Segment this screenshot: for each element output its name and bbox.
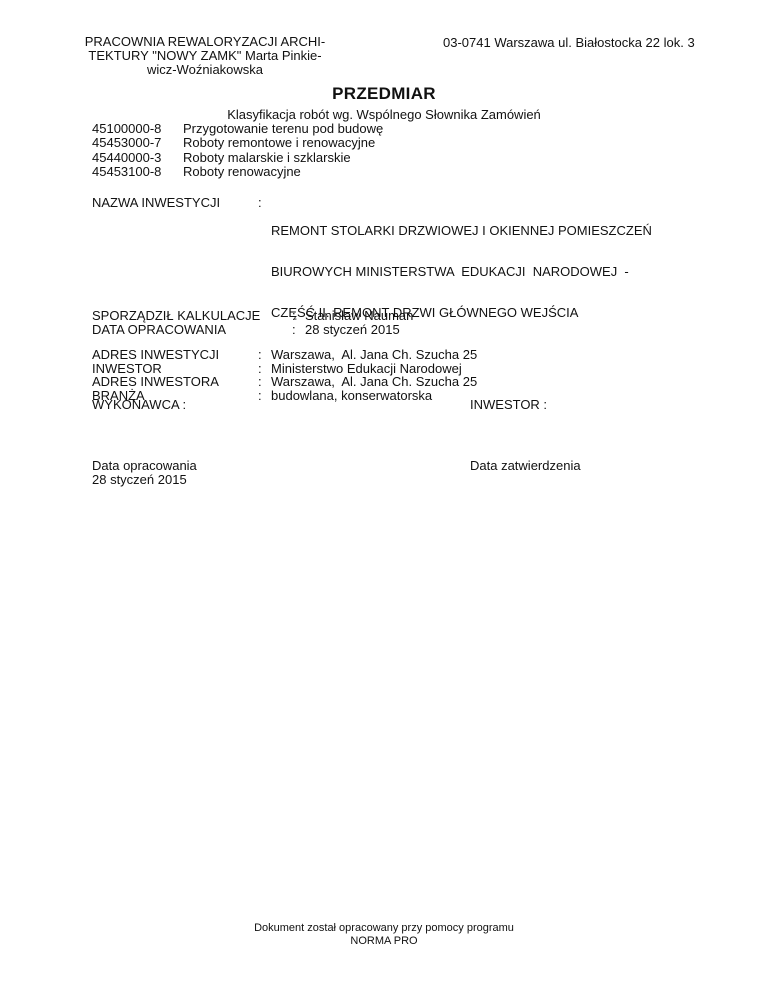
detail-value: Ministerstwo Edukacji Narodowej <box>271 362 462 376</box>
prepared-value: 28 styczeń 2015 <box>305 323 400 337</box>
detail-separator: : <box>258 362 271 376</box>
date-of-preparation-block: Data opracowania 28 styczeń 2015 <box>92 459 197 487</box>
prepared-separator: : <box>292 309 305 323</box>
footer-program-name: NORMA PRO <box>0 935 768 948</box>
prepared-row-sporzadzil: SPORZĄDZIŁ KALKULACJE : Stanisław Nauman <box>92 309 712 323</box>
date-of-approval-label: Data zatwierdzenia <box>470 459 581 473</box>
footer: Dokument został opracowany przy pomocy p… <box>0 922 768 947</box>
classification-item: 45453000-7 Roboty remontowe i renowacyjn… <box>92 136 383 150</box>
detail-row-adres-inwestora: ADRES INWESTORA : Warszawa, Al. Jana Ch.… <box>92 375 712 389</box>
cpv-label: Roboty remontowe i renowacyjne <box>183 136 375 150</box>
detail-separator: : <box>258 389 271 403</box>
cpv-code: 45453100-8 <box>92 165 183 179</box>
detail-row-adres-inwestycji: ADRES INWESTYCJI : Warszawa, Al. Jana Ch… <box>92 348 712 362</box>
prepared-by-section: SPORZĄDZIŁ KALKULACJE : Stanisław Nauman… <box>92 309 712 337</box>
classification-list: 45100000-8 Przygotowanie terenu pod budo… <box>92 122 383 180</box>
date-of-preparation-label: Data opracowania <box>92 459 197 473</box>
cpv-label: Przygotowanie terenu pod budowę <box>183 122 383 136</box>
detail-value: Warszawa, Al. Jana Ch. Szucha 25 <box>271 375 477 389</box>
footer-program-note: Dokument został opracowany przy pomocy p… <box>0 922 768 935</box>
company-name-line: TEKTURY "NOWY ZAMK" Marta Pinkie- <box>70 49 340 63</box>
date-of-preparation-value: 28 styczeń 2015 <box>92 473 197 487</box>
detail-value-line: REMONT STOLARKI DRZWIOWEJ I OKIENNEJ POM… <box>271 224 652 238</box>
detail-value: budowlana, konserwatorska <box>271 389 432 403</box>
classification-heading: Klasyfikacja robót wg. Wspólnego Słownik… <box>0 108 768 122</box>
prepared-separator: : <box>292 323 305 337</box>
classification-item: 45100000-8 Przygotowanie terenu pod budo… <box>92 122 383 136</box>
company-name-line: PRACOWNIA REWALORYZACJI ARCHI- <box>70 35 340 49</box>
detail-label: NAZWA INWESTYCJI <box>92 196 258 210</box>
detail-label: ADRES INWESTYCJI <box>92 348 258 362</box>
detail-separator: : <box>258 375 271 389</box>
investor-signature-label: INWESTOR : <box>470 398 547 412</box>
detail-row-inwestor: INWESTOR : Ministerstwo Edukacji Narodow… <box>92 362 712 376</box>
classification-item: 45440000-3 Roboty malarskie i szklarskie <box>92 151 383 165</box>
detail-label: ADRES INWESTORA <box>92 375 258 389</box>
company-address: 03-0741 Warszawa ul. Białostocka 22 lok.… <box>443 36 695 50</box>
prepared-label: DATA OPRACOWANIA <box>92 323 292 337</box>
prepared-value: Stanisław Nauman <box>305 309 413 323</box>
detail-label: INWESTOR <box>92 362 258 376</box>
detail-separator: : <box>258 348 271 362</box>
detail-separator: : <box>258 196 271 210</box>
cpv-code: 45440000-3 <box>92 151 183 165</box>
prepared-label: SPORZĄDZIŁ KALKULACJE <box>92 309 292 323</box>
przedmiar-document-page: PRACOWNIA REWALORYZACJI ARCHI- TEKTURY "… <box>0 0 768 994</box>
prepared-row-data-opracowania: DATA OPRACOWANIA : 28 styczeń 2015 <box>92 323 712 337</box>
cpv-code: 45100000-8 <box>92 122 183 136</box>
cpv-label: Roboty malarskie i szklarskie <box>183 151 351 165</box>
cpv-code: 45453000-7 <box>92 136 183 150</box>
cpv-label: Roboty renowacyjne <box>183 165 301 179</box>
classification-item: 45453100-8 Roboty renowacyjne <box>92 165 383 179</box>
document-title: PRZEDMIAR <box>0 84 768 104</box>
contractor-signature-label: WYKONAWCA : <box>92 398 186 412</box>
company-name-line: wicz-Woźniakowska <box>70 63 340 77</box>
detail-value: Warszawa, Al. Jana Ch. Szucha 25 <box>271 348 477 362</box>
detail-value-line: BIUROWYCH MINISTERSTWA EDUKACJI NARODOWE… <box>271 265 652 279</box>
investment-details: NAZWA INWESTYCJI : REMONT STOLARKI DRZWI… <box>92 196 712 403</box>
company-name-block: PRACOWNIA REWALORYZACJI ARCHI- TEKTURY "… <box>70 35 340 76</box>
